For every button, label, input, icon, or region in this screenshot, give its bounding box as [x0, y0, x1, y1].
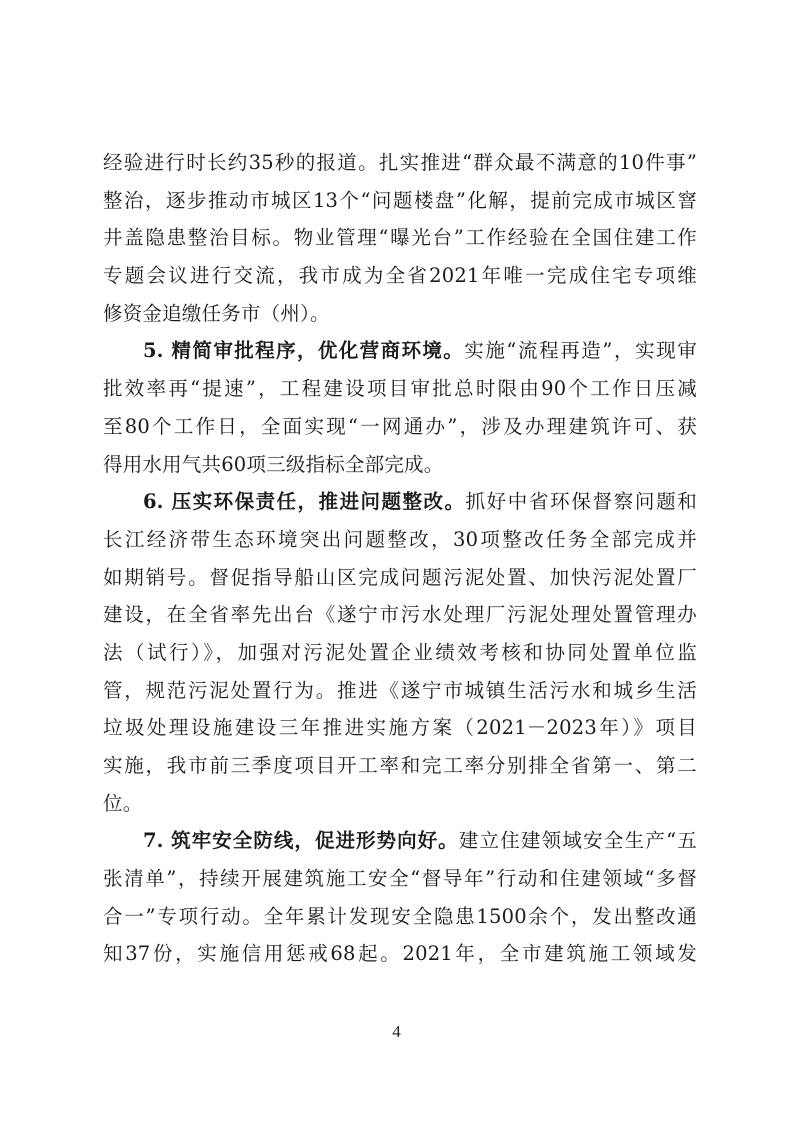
paragraph-continued: 经验进行时长约35秒的报道。扎实推进“群众最不满意的10件事” 整治，逐步推动市… [103, 144, 697, 332]
text-line: 井盖隐患整治目标。物业管理“曝光台”工作经验在全国住建工作 [103, 219, 697, 257]
text-line: 建设，在全省率先出台《遂宁市污水处理厂污泥处理处置管理办 [103, 596, 697, 634]
paragraph-item-6: 6. 压实环保责任，推进问题整改。抓好中省环保督察问题和 长江经济带生态环境突出… [103, 483, 697, 822]
text-line: 专题会议进行交流，我市成为全省2021年唯一完成住宅专项维 [103, 257, 697, 295]
text-line: 长江经济带生态环境突出问题整改，30项整改任务全部完成并 [103, 521, 697, 559]
text-line: 修资金追缴任务市（州）。 [103, 295, 697, 333]
paragraph-heading: 6. 压实环保责任，推进问题整改。 [143, 490, 465, 513]
paragraph-heading: 7. 筑牢安全防线，促进形势向好。 [143, 829, 459, 852]
text-line: 合一”专项行动。全年累计发现安全隐患1500余个，发出整改通 [103, 898, 697, 936]
text-line: 管，规范污泥处置行为。推进《遂宁市城镇生活污水和城乡生活 [103, 672, 697, 710]
text-line: 至80个工作日，全面实现“一网通办”，涉及办理建筑许可、获 [103, 408, 697, 446]
text-line: 法（试行）》，加强对污泥处置企业绩效考核和协同处置单位监 [103, 634, 697, 672]
text-line: 经验进行时长约35秒的报道。扎实推进“群众最不满意的10件事” [103, 144, 697, 182]
text-line: 位。 [103, 785, 697, 823]
text-line: 得用水用气共60项三级指标全部完成。 [103, 446, 697, 484]
paragraph-item-7: 7. 筑牢安全防线，促进形势向好。建立住建领域安全生产“五 张清单”，持续开展建… [103, 822, 697, 973]
page-number: 4 [0, 1022, 793, 1042]
paragraph-first-line: 6. 压实环保责任，推进问题整改。抓好中省环保督察问题和 [103, 483, 697, 521]
text-run: 实施“流程再造”，实现审 [464, 339, 697, 362]
paragraph-item-5: 5. 精简审批程序，优化营商环境。实施“流程再造”，实现审 批效率再“提速”，工… [103, 332, 697, 483]
paragraph-first-line: 7. 筑牢安全防线，促进形势向好。建立住建领域安全生产“五 [103, 822, 697, 860]
text-run: 抓好中省环保督察问题和 [465, 490, 697, 513]
text-line: 知37份，实施信用惩戒68起。2021年，全市建筑施工领域发 [103, 935, 697, 973]
text-line: 实施，我市前三季度项目开工率和完工率分别排全省第一、第二 [103, 747, 697, 785]
paragraph-heading: 5. 精简审批程序，优化营商环境。 [143, 339, 464, 362]
document-body: 经验进行时长约35秒的报道。扎实推进“群众最不满意的10件事” 整治，逐步推动市… [103, 144, 697, 973]
text-line: 批效率再“提速”，工程建设项目审批总时限由90个工作日压减 [103, 370, 697, 408]
text-line: 垃圾处理设施建设三年推进实施方案（2021－2023年）》项目 [103, 709, 697, 747]
text-run: 建立住建领域安全生产“五 [459, 829, 697, 852]
text-line: 张清单”，持续开展建筑施工安全“督导年”行动和住建领域“多督 [103, 860, 697, 898]
paragraph-first-line: 5. 精简审批程序，优化营商环境。实施“流程再造”，实现审 [103, 332, 697, 370]
text-line: 整治，逐步推动市城区13个“问题楼盘”化解，提前完成市城区窨 [103, 182, 697, 220]
text-line: 如期销号。督促指导船山区完成问题污泥处置、加快污泥处置厂 [103, 559, 697, 597]
